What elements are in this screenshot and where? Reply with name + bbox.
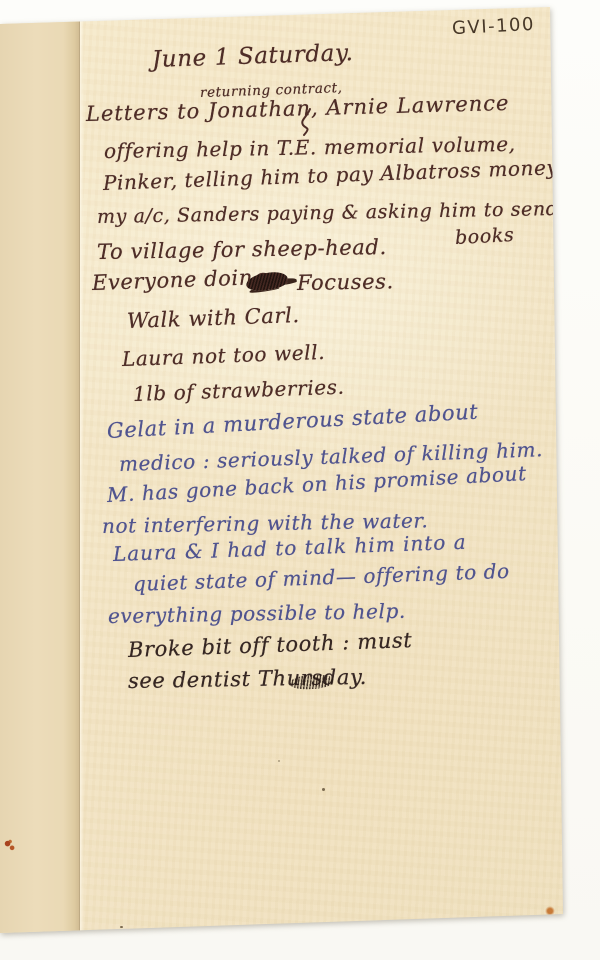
red-stain	[3, 838, 16, 852]
archive-mark: GVI-100	[452, 14, 536, 39]
diary-line-8: Focuses.	[297, 269, 394, 295]
fold-crease-strip	[0, 0, 80, 960]
scanned-page-background: GVI-100 June 1 Saturday. returning contr…	[0, 0, 600, 960]
orange-stain	[545, 906, 555, 916]
paper-speck	[120, 926, 123, 928]
diary-line-6: To village for sheep-head.	[97, 235, 387, 264]
paper-speck	[278, 760, 280, 762]
paper-sheet-wrap: GVI-100 June 1 Saturday. returning contr…	[0, 0, 600, 960]
paper-sheet: GVI-100 June 1 Saturday. returning contr…	[0, 0, 600, 960]
paper-speck	[322, 788, 325, 791]
diary-line-5-books: books	[454, 224, 514, 249]
fold-crease-highlight	[80, 0, 84, 960]
